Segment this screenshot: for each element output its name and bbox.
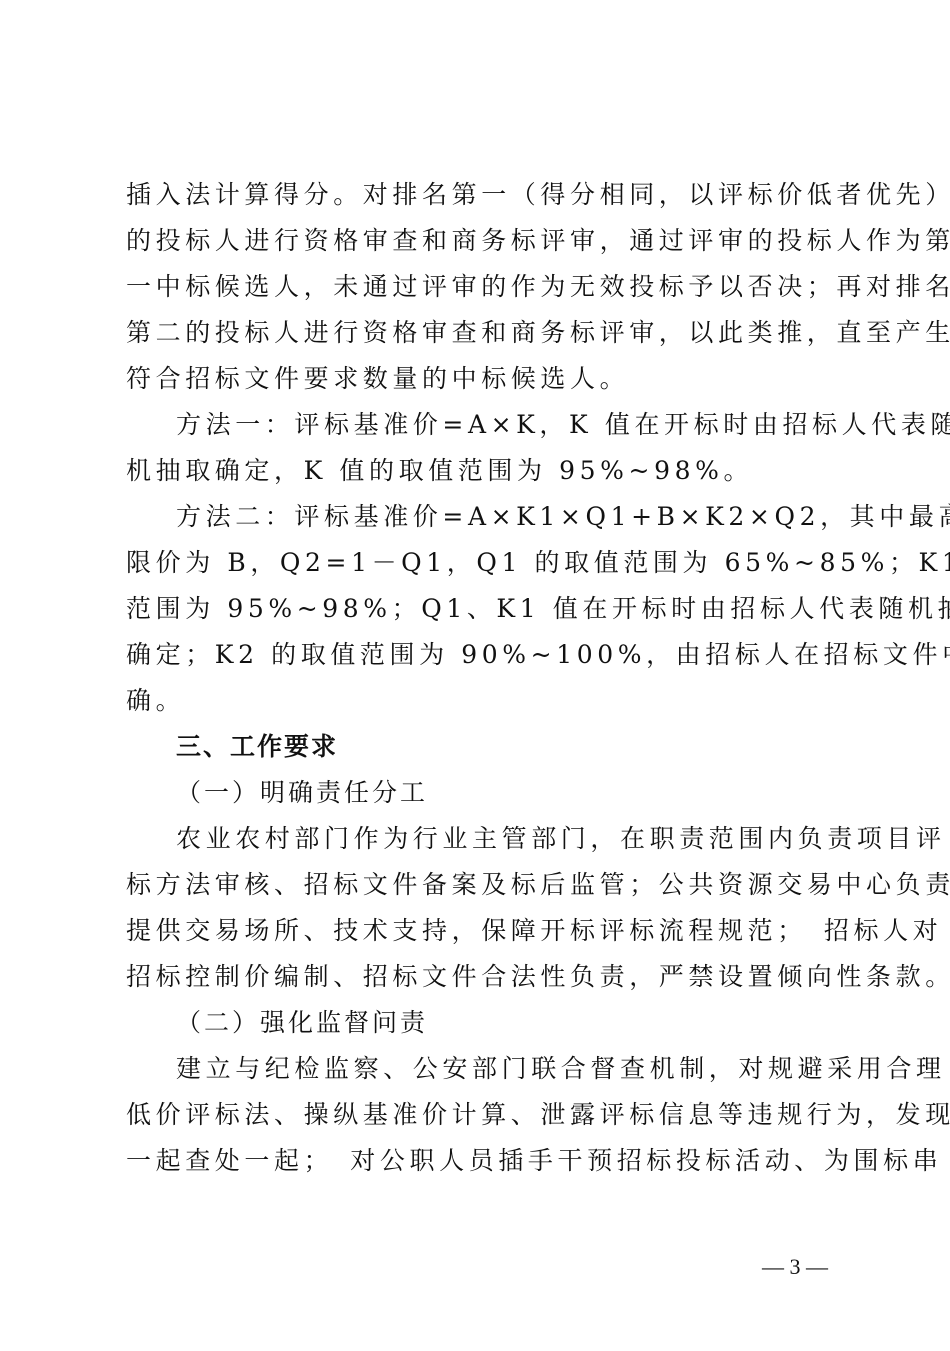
text-line: 确定；K2 的取值范围为 90%~100%，由招标人在招标文件中明 [126, 632, 836, 678]
paragraph-scoring-procedure: 插入法计算得分。对排名第一（得分相同，以评标价低者优先） 的投标人进行资格审查和… [126, 172, 836, 402]
text-line: 插入法计算得分。对排名第一（得分相同，以评标价低者优先） [126, 172, 836, 218]
text-line: 方法二：评标基准价=A×K1×Q1+B×K2×Q2，其中最高投标 [126, 494, 836, 540]
text-line: 机抽取确定，K 值的取值范围为 95%~98%。 [126, 448, 836, 494]
text-line: 招标控制价编制、招标文件合法性负责，严禁设置倾向性条款。 [126, 954, 836, 1000]
document-page: 插入法计算得分。对排名第一（得分相同，以评标价低者优先） 的投标人进行资格审查和… [0, 0, 950, 1351]
page-number: — 3 — [762, 1254, 828, 1280]
paragraph-method-two: 方法二：评标基准价=A×K1×Q1+B×K2×Q2，其中最高投标 限价为 B，Q… [126, 494, 836, 724]
section-heading-work-requirements: 三、工作要求 [126, 724, 836, 770]
text-line: 低价评标法、操纵基准价计算、泄露评标信息等违规行为，发现 [126, 1092, 836, 1138]
text-line: 第二的投标人进行资格审查和商务标评审，以此类推，直至产生 [126, 310, 836, 356]
text-line: 符合招标文件要求数量的中标候选人。 [126, 356, 836, 402]
text-line: 提供交易场所、技术支持，保障开标评标流程规范； 招标人对 [126, 908, 836, 954]
text-line: 限价为 B，Q2=1－Q1，Q1 的取值范围为 65%~85%；K1 的取值 [126, 540, 836, 586]
text-line: 农业农村部门作为行业主管部门，在职责范围内负责项目评 [126, 816, 836, 862]
text-line: 范围为 95%~98%；Q1、K1 值在开标时由招标人代表随机抽取 [126, 586, 836, 632]
paragraph-responsibilities: 农业农村部门作为行业主管部门，在职责范围内负责项目评 标方法审核、招标文件备案及… [126, 816, 836, 1000]
text-line: 一中标候选人，未通过评审的作为无效投标予以否决；再对排名 [126, 264, 836, 310]
text-line: 的投标人进行资格审查和商务标评审，通过评审的投标人作为第 [126, 218, 836, 264]
text-line: 确。 [126, 678, 836, 724]
text-line: 一起查处一起； 对公职人员插手干预招标投标活动、为围标串 [126, 1138, 836, 1184]
paragraph-method-one: 方法一：评标基准价=A×K，K 值在开标时由招标人代表随 机抽取确定，K 值的取… [126, 402, 836, 494]
subheading-supervision: （二）强化监督问责 [126, 1000, 836, 1046]
text-line: 建立与纪检监察、公安部门联合督查机制，对规避采用合理 [126, 1046, 836, 1092]
text-line: 标方法审核、招标文件备案及标后监管；公共资源交易中心负责 [126, 862, 836, 908]
document-body: 插入法计算得分。对排名第一（得分相同，以评标价低者优先） 的投标人进行资格审查和… [126, 172, 836, 1184]
subheading-responsibilities: （一）明确责任分工 [126, 770, 836, 816]
paragraph-supervision: 建立与纪检监察、公安部门联合督查机制，对规避采用合理 低价评标法、操纵基准价计算… [126, 1046, 836, 1184]
text-line: 方法一：评标基准价=A×K，K 值在开标时由招标人代表随 [126, 402, 836, 448]
